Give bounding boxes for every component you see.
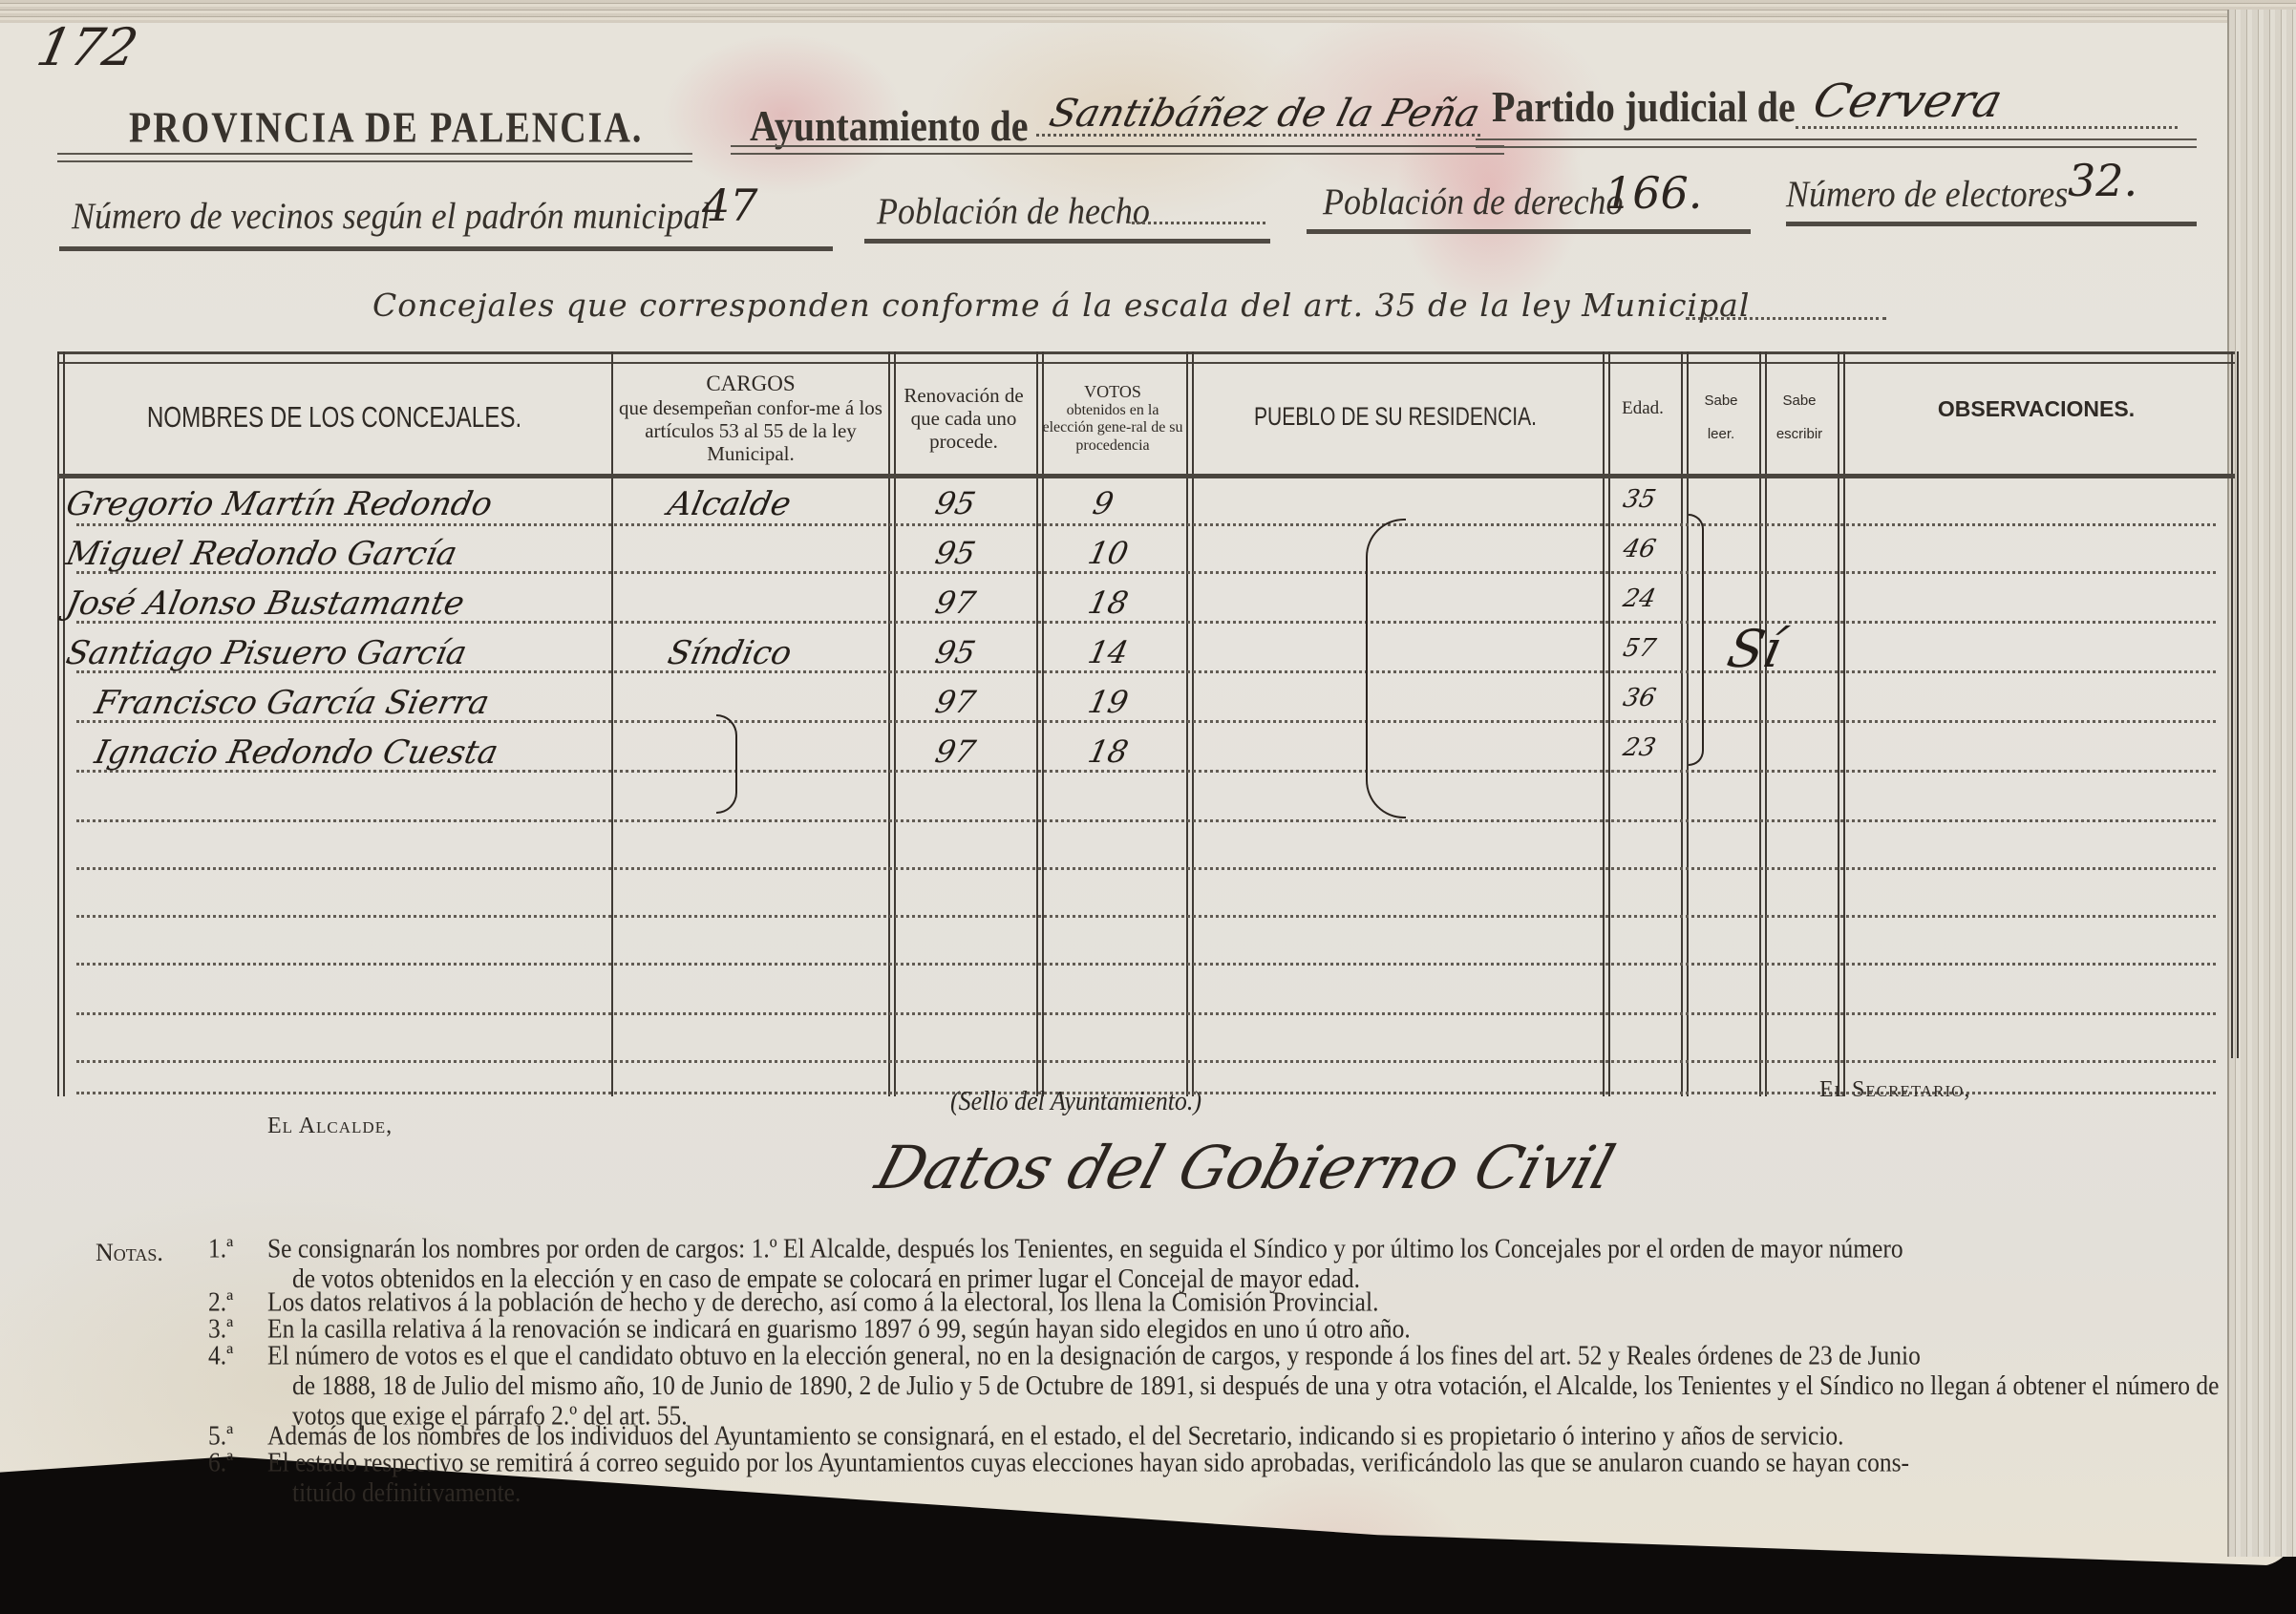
folio-number: 172 xyxy=(32,17,142,77)
cell-edad: 46 xyxy=(1621,535,1658,563)
note-text: El estado respectivo se remitirá á corre… xyxy=(267,1447,1909,1477)
cell-edad: 35 xyxy=(1621,485,1658,514)
cell-edad: 24 xyxy=(1621,584,1658,613)
secretario-label: El Secretario, xyxy=(1819,1077,1970,1103)
col-header-label: Edad. xyxy=(1622,398,1664,419)
cell-nombre: Miguel Redondo García xyxy=(63,535,460,573)
derecho-value: 166. xyxy=(1605,167,1702,219)
cell-nombre: Francisco García Sierra xyxy=(92,684,493,722)
alcalde-label: El Alcalde, xyxy=(267,1114,393,1139)
col-header-pueblo: PUEBLO DE SU RESIDENCIA. xyxy=(1235,361,1555,474)
col-header-label: leer. xyxy=(1708,426,1734,442)
col-header-top: Sabe xyxy=(1782,393,1816,409)
note-item: 4.ª El número de votos es el que el cand… xyxy=(96,1341,2225,1431)
derecho-label: Población de derecho xyxy=(1323,180,1624,223)
row-rule xyxy=(76,867,2216,870)
cell-renovacion: 95 xyxy=(932,634,979,670)
col-header-votos: VOTOS obtenidos en la elección gene-ral … xyxy=(1041,365,1184,472)
col-header-top: VOTOS xyxy=(1084,382,1141,402)
vecinos-rule xyxy=(59,246,833,251)
note-text: El número de votos es el que el candidat… xyxy=(267,1340,1921,1370)
cell-nombre: Ignacio Redondo Cuesta xyxy=(92,733,501,772)
page-top-edge xyxy=(0,0,2296,23)
cell-edad: 57 xyxy=(1621,634,1658,663)
col-divider xyxy=(1186,351,1194,1096)
cell-renovacion: 97 xyxy=(932,684,979,720)
note-text: Se consignarán los nombres por orden de … xyxy=(267,1233,1903,1264)
col-header-top: CARGOS xyxy=(706,372,795,396)
electores-rule xyxy=(1786,222,2197,226)
sello-label: (Sello del Ayuntamiento.) xyxy=(950,1086,1201,1117)
note-number: 1.ª xyxy=(208,1234,233,1264)
cell-nombre: Santiago Pisuero García xyxy=(63,634,470,672)
vecinos-value: 47 xyxy=(702,180,758,231)
col-header-label: OBSERVACIONES. xyxy=(1938,396,2135,421)
cell-nombre: José Alonso Bustamante xyxy=(63,584,468,623)
row-rule xyxy=(76,523,2216,526)
cell-votos: 18 xyxy=(1085,733,1132,770)
table-right-border xyxy=(2231,351,2239,1058)
col-header-sabe-leer: Sabe leer. xyxy=(1685,361,1757,474)
note-item: 6.ª El estado respectivo se remitirá á c… xyxy=(96,1448,2225,1508)
col-divider xyxy=(1838,351,1845,1096)
ayuntamiento-rule xyxy=(731,145,1504,155)
col-header-top: Sabe xyxy=(1704,393,1737,409)
hecho-rule xyxy=(864,239,1270,244)
note-number: 4.ª xyxy=(208,1341,233,1370)
col-header-label: Renovación de que cada uno procede. xyxy=(894,384,1033,453)
concejales-table: NOMBRES DE LOS CONCEJALES. CARGOS que de… xyxy=(57,351,2235,1096)
col-header-label: NOMBRES DE LOS CONCEJALES. xyxy=(147,400,521,435)
notes-section: Notas. 1.ª Se consignarán los nombres po… xyxy=(96,1234,2225,1501)
col-header-label: escribir xyxy=(1776,426,1822,442)
partido-dots xyxy=(1796,126,2178,129)
vecinos-label: Número de vecinos según el padrón munici… xyxy=(72,194,711,238)
cell-votos: 10 xyxy=(1085,535,1132,571)
partido-label: Partido judicial de xyxy=(1492,80,1796,132)
ayuntamiento-value: Santibáñez de la Peña xyxy=(1045,92,1484,136)
derecho-rule xyxy=(1307,229,1751,234)
col-header-label: PUEBLO DE SU RESIDENCIA. xyxy=(1254,402,1537,432)
cell-cargo: Alcalde xyxy=(665,485,795,523)
cell-votos: 9 xyxy=(1090,485,1116,521)
cell-nombre: Gregorio Martín Redondo xyxy=(63,485,496,523)
note-item: 1.ª Se consignarán los nombres por orden… xyxy=(96,1234,2225,1294)
cell-renovacion: 97 xyxy=(932,584,979,621)
cargo-ditto-brace xyxy=(716,714,737,814)
col-divider xyxy=(1603,351,1610,1096)
col-header-renovacion: Renovación de que cada uno procede. xyxy=(894,365,1033,472)
cell-votos: 19 xyxy=(1085,684,1132,720)
concejales-heading: Concejales que corresponden conforme á l… xyxy=(372,287,1750,324)
electores-label: Número de electores xyxy=(1786,172,2068,216)
note-continuation: tituído definitivamente. xyxy=(267,1477,2225,1507)
col-header-edad: Edad. xyxy=(1606,361,1679,457)
cell-edad: 23 xyxy=(1621,733,1658,762)
row-rule xyxy=(76,963,2216,966)
col-header-observaciones: OBSERVACIONES. xyxy=(1841,361,2231,457)
row-rule xyxy=(76,819,2216,822)
table-left-border xyxy=(57,351,65,1096)
pueblo-brace xyxy=(1366,519,1406,818)
cell-cargo: Síndico xyxy=(665,634,796,672)
cell-votos: 14 xyxy=(1085,634,1132,670)
ayuntamiento-dots xyxy=(1036,134,1480,137)
electores-value: 32. xyxy=(2068,155,2137,206)
gobierno-civil-annotation: Datos del Gobierno Civil xyxy=(869,1133,1623,1202)
provincia-heading: PROVINCIA DE PALENCIA. xyxy=(129,103,643,154)
col-header-label: obtenidos en la elección gene-ral de su … xyxy=(1041,402,1184,455)
hecho-label: Población de hecho xyxy=(877,189,1150,233)
ayuntamiento-label: Ayuntamiento de xyxy=(750,99,1028,151)
row-rule xyxy=(76,1060,2216,1063)
col-header-sabe-escribir: Sabe escribir xyxy=(1763,361,1836,474)
cell-renovacion: 97 xyxy=(932,733,979,770)
hecho-dots xyxy=(1132,222,1265,224)
note-number: 6.ª xyxy=(208,1448,233,1477)
edad-brace xyxy=(1689,514,1704,766)
concejales-dots xyxy=(1686,317,1886,320)
cell-renovacion: 95 xyxy=(932,535,979,571)
cell-edad: 36 xyxy=(1621,684,1658,712)
cell-renovacion: 95 xyxy=(932,485,979,521)
cell-votos: 18 xyxy=(1085,584,1132,621)
partido-value: Cervera xyxy=(1808,74,2008,128)
col-divider xyxy=(611,351,613,1096)
provincia-rule xyxy=(57,153,692,162)
partido-rule xyxy=(1476,138,2197,148)
col-header-nombres: NOMBRES DE LOS CONCEJALES. xyxy=(118,361,550,474)
header-bottom-rule xyxy=(57,474,2235,478)
row-rule xyxy=(76,915,2216,918)
row-rule xyxy=(76,1012,2216,1015)
col-header-label: que desempeñan confor-me á los artículos… xyxy=(615,396,886,465)
col-header-cargos: CARGOS que desempeñan confor-me á los ar… xyxy=(615,365,886,472)
